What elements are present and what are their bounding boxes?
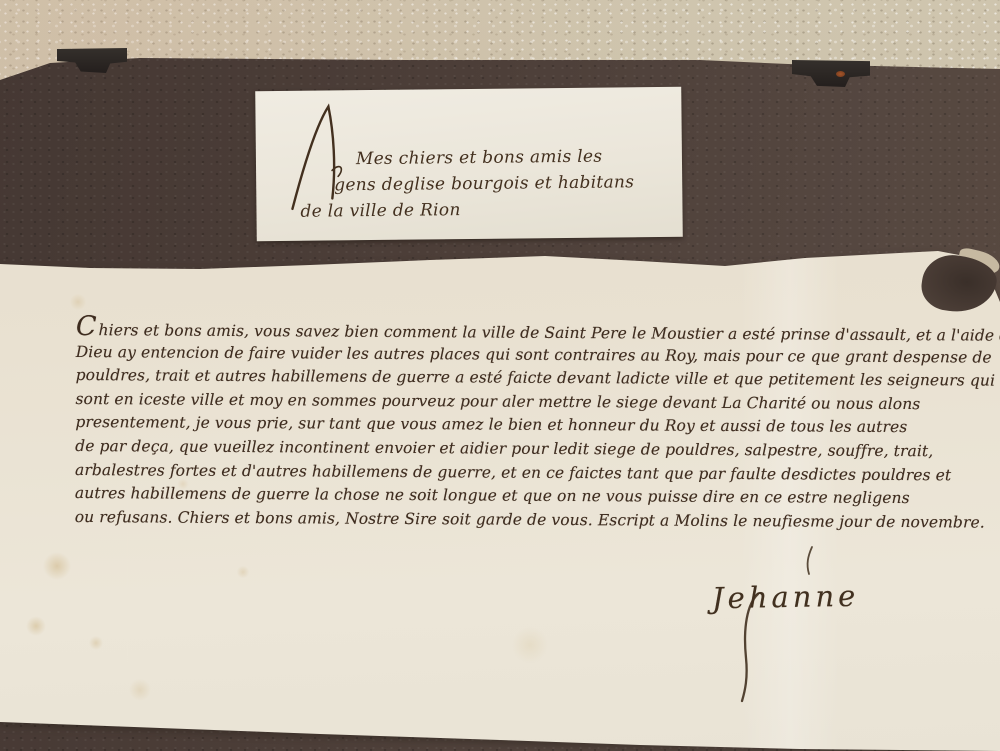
photo-scene: Mes chiers et bons amis les gens deglise… (0, 0, 1000, 751)
signature-jehanne: Jehanne (712, 579, 860, 616)
letter-body: Chiers et bons amis, vous savez bien com… (75, 317, 986, 535)
